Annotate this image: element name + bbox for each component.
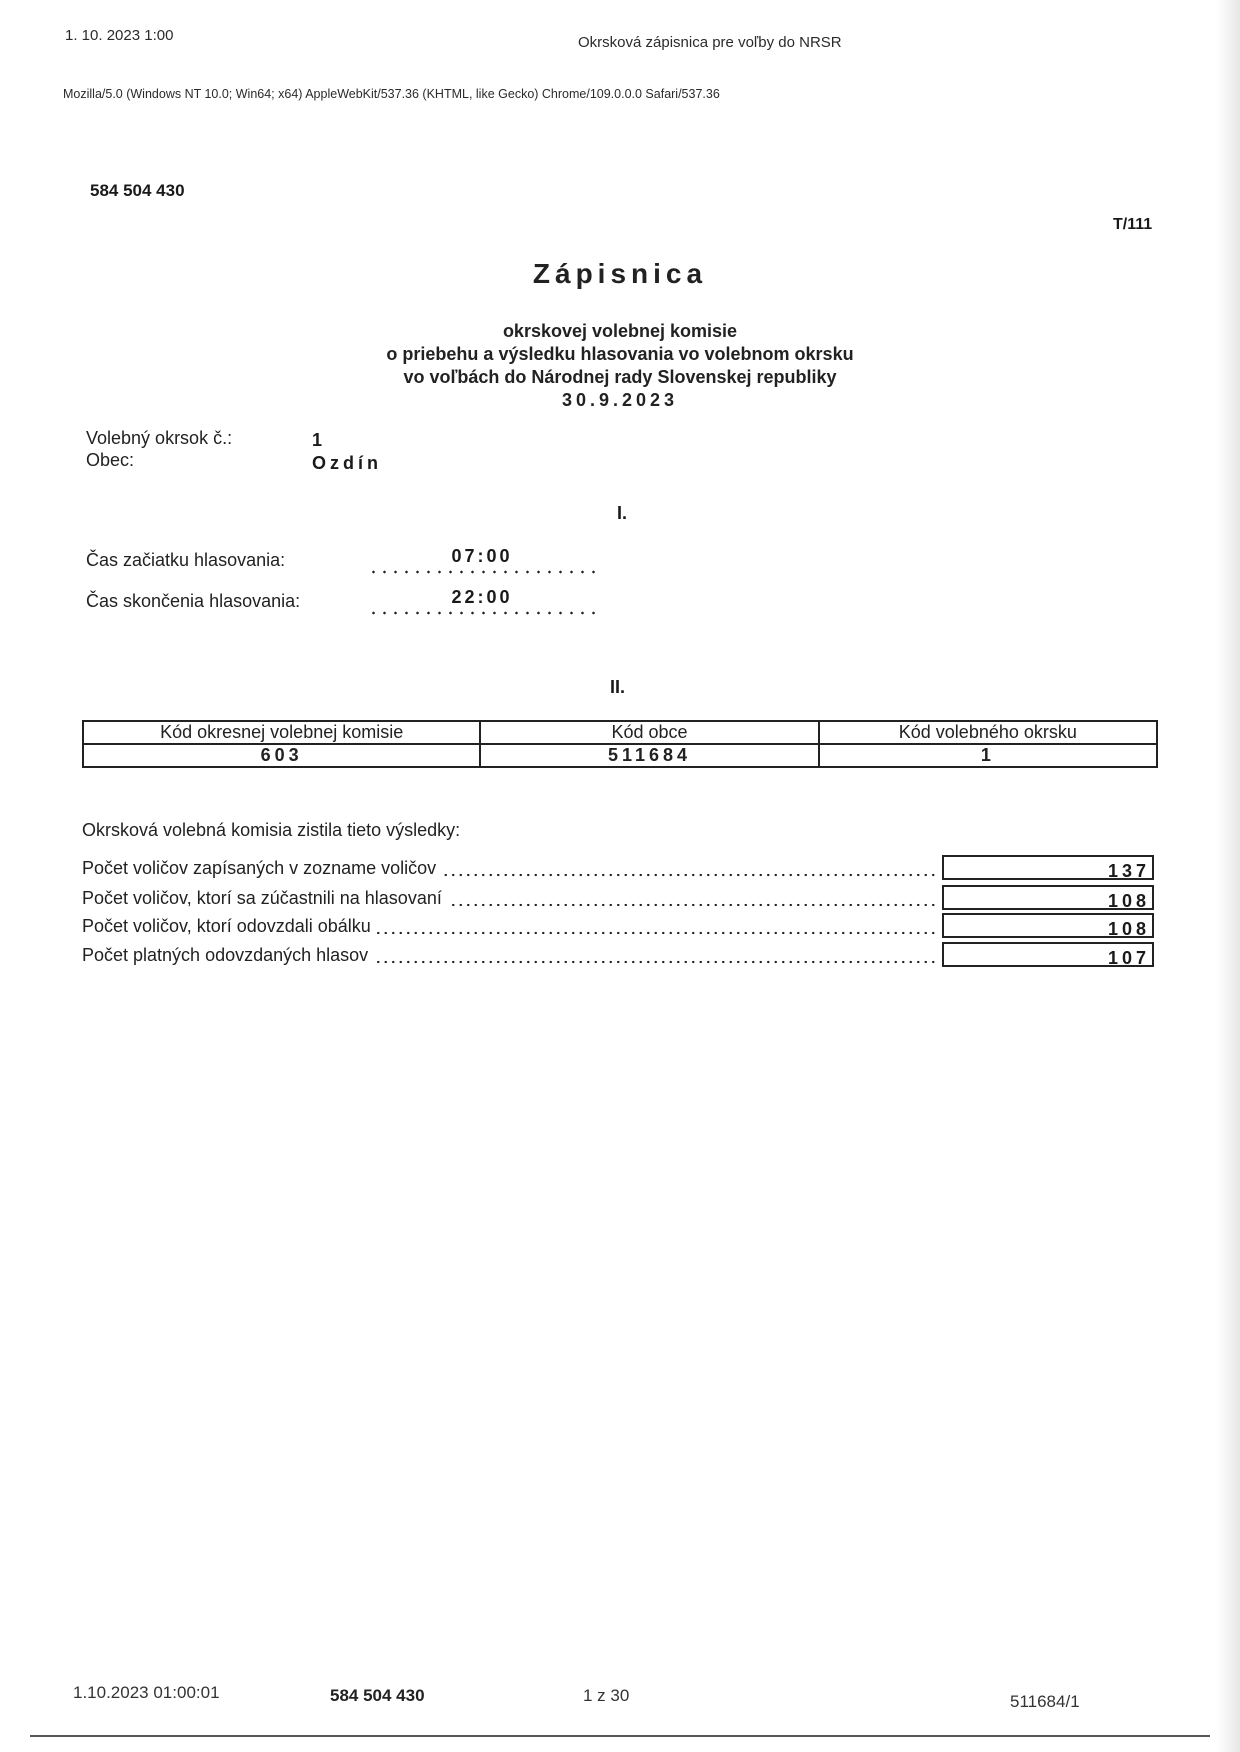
precinct-code: 1	[819, 744, 1157, 767]
codes-header-cell: Kód volebného okrsku	[819, 721, 1157, 744]
result-value: 107	[942, 942, 1154, 967]
section-2-heading: II.	[610, 677, 625, 698]
end-time-value: 22:00	[368, 587, 596, 607]
dotted-line	[368, 570, 596, 574]
section-1-heading: I.	[617, 503, 627, 524]
document-title: Zápisnica	[0, 258, 1240, 290]
subtitle-line: okrskovej volebnej komisie	[0, 320, 1240, 343]
obec-value: Ozdín	[312, 453, 382, 474]
start-time-field: 07:00	[368, 546, 596, 574]
result-label: Počet platných odovzdaných hlasov	[82, 945, 374, 966]
result-row: Počet voličov, ktorí sa zúčastnili na hl…	[82, 885, 1154, 913]
result-row: Počet voličov zapísaných v zozname volič…	[82, 855, 1154, 883]
result-value: 108	[942, 885, 1154, 910]
codes-header-row: Kód okresnej volebnej komisie Kód obce K…	[83, 721, 1157, 744]
start-time-value: 07:00	[368, 546, 596, 566]
election-date: 30.9.2023	[0, 389, 1240, 412]
footer-document-id: 584 504 430	[330, 1686, 425, 1706]
document-id: 584 504 430	[90, 181, 185, 201]
print-page-title: Okrsková zápisnica pre voľby do NRSR	[578, 34, 842, 51]
document-subtitle: okrskovej volebnej komisie o priebehu a …	[0, 320, 1240, 412]
print-user-agent: Mozilla/5.0 (Windows NT 10.0; Win64; x64…	[63, 87, 720, 101]
start-time-label: Čas začiatku hlasovania:	[86, 550, 285, 571]
result-value: 137	[942, 855, 1154, 880]
okrsok-label: Volebný okrsok č.:	[86, 428, 232, 449]
result-row: Počet platných odovzdaných hlasov 107	[82, 942, 1154, 970]
codes-header-cell: Kód okresnej volebnej komisie	[83, 721, 480, 744]
okrsok-value: 1	[312, 430, 322, 451]
footer-reference: 511684/1	[1010, 1692, 1080, 1712]
codes-header-cell: Kód obce	[480, 721, 818, 744]
district-commission-code: 603	[83, 744, 480, 767]
result-label: Počet voličov zapísaných v zozname volič…	[82, 858, 442, 879]
result-label: Počet voličov, ktorí odovzdali obálku	[82, 916, 377, 937]
footer-page-number: 1 z 30	[583, 1686, 629, 1706]
result-value: 108	[942, 913, 1154, 938]
end-time-label: Čas skončenia hlasovania:	[86, 591, 300, 612]
codes-value-row: 603 511684 1	[83, 744, 1157, 767]
form-code: T/111	[1113, 216, 1152, 234]
obec-label: Obec:	[86, 450, 134, 471]
subtitle-line: o priebehu a výsledku hlasovania vo vole…	[0, 343, 1240, 366]
footer-timestamp: 1.10.2023 01:00:01	[73, 1683, 220, 1703]
footer-rule	[30, 1735, 1210, 1737]
result-label: Počet voličov, ktorí sa zúčastnili na hl…	[82, 888, 448, 909]
results-intro: Okrsková volebná komisia zistila tieto v…	[82, 820, 460, 841]
result-row: Počet voličov, ktorí odovzdali obálku 10…	[82, 913, 1154, 941]
print-datetime: 1. 10. 2023 1:00	[65, 27, 173, 44]
end-time-field: 22:00	[368, 587, 596, 615]
subtitle-line: vo voľbách do Národnej rady Slovenskej r…	[0, 366, 1240, 389]
municipality-code: 511684	[480, 744, 818, 767]
dotted-line	[368, 611, 596, 615]
codes-table: Kód okresnej volebnej komisie Kód obce K…	[82, 720, 1158, 768]
